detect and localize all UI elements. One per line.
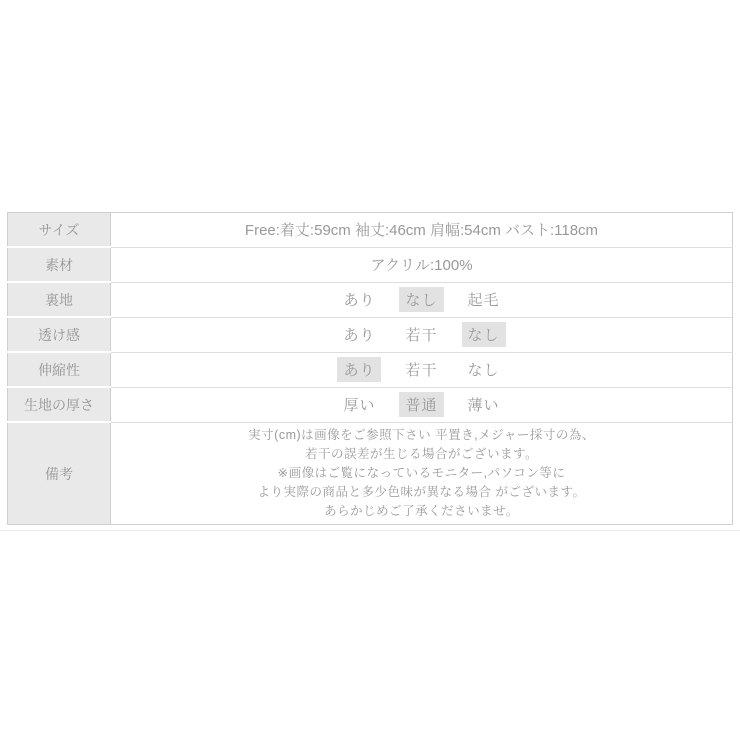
row-label: 伸縮性	[8, 352, 111, 387]
note-line: あらかじめご了承くださいませ。	[111, 502, 732, 521]
row-value: 厚い普通薄い	[111, 387, 733, 422]
row-value: ありなし起毛	[111, 282, 733, 317]
row-label: 生地の厚さ	[8, 387, 111, 422]
row-value: あり若干なし	[111, 352, 733, 387]
note-line: 若干の誤差が生じる場合がございます。	[111, 445, 732, 464]
option: 薄い	[462, 392, 506, 417]
option: あり	[337, 322, 381, 347]
option: 若干	[399, 357, 443, 382]
note-line: 実寸(cm)は画像をご参照下さい 平置き,メジャー採寸の為、	[111, 426, 732, 445]
product-spec-section: サイズFree:着丈:59cm 袖丈:46cm 肩幅:54cm バスト:118c…	[7, 212, 733, 525]
row-label: サイズ	[8, 213, 111, 248]
spec-row: 伸縮性あり若干なし	[8, 352, 733, 387]
option: 起毛	[462, 287, 506, 312]
spec-row: 生地の厚さ厚い普通薄い	[8, 387, 733, 422]
spec-row: サイズFree:着丈:59cm 袖丈:46cm 肩幅:54cm バスト:118c…	[8, 213, 733, 248]
product-spec-table: サイズFree:着丈:59cm 袖丈:46cm 肩幅:54cm バスト:118c…	[7, 212, 733, 525]
value-text: Free:着丈:59cm 袖丈:46cm 肩幅:54cm バスト:118cm	[245, 222, 598, 239]
row-label: 透け感	[8, 317, 111, 352]
row-label: 裏地	[8, 282, 111, 317]
option-selected: なし	[462, 322, 506, 347]
row-label: 備考	[8, 422, 111, 525]
option: あり	[337, 287, 381, 312]
row-value: アクリル:100%	[111, 247, 733, 282]
section-divider	[0, 530, 740, 531]
option-selected: なし	[399, 287, 443, 312]
spec-row: 備考実寸(cm)は画像をご参照下さい 平置き,メジャー採寸の為、若干の誤差が生じ…	[8, 422, 733, 525]
spec-row: 裏地ありなし起毛	[8, 282, 733, 317]
option: なし	[462, 357, 506, 382]
value-text: アクリル:100%	[370, 257, 472, 274]
option-selected: あり	[337, 357, 381, 382]
row-value: Free:着丈:59cm 袖丈:46cm 肩幅:54cm バスト:118cm	[111, 213, 733, 248]
spec-row: 素材アクリル:100%	[8, 247, 733, 282]
option-selected: 普通	[399, 392, 443, 417]
option: 厚い	[337, 392, 381, 417]
note-line: より実際の商品と多少色味が異なる場合 がございます。	[111, 483, 732, 502]
note-line: ※画像はご覧になっているモニター,パソコン等に	[111, 464, 732, 483]
spec-row: 透け感あり若干なし	[8, 317, 733, 352]
option: 若干	[399, 322, 443, 347]
row-value: あり若干なし	[111, 317, 733, 352]
row-label: 素材	[8, 247, 111, 282]
row-value: 実寸(cm)は画像をご参照下さい 平置き,メジャー採寸の為、若干の誤差が生じる場…	[111, 422, 733, 525]
